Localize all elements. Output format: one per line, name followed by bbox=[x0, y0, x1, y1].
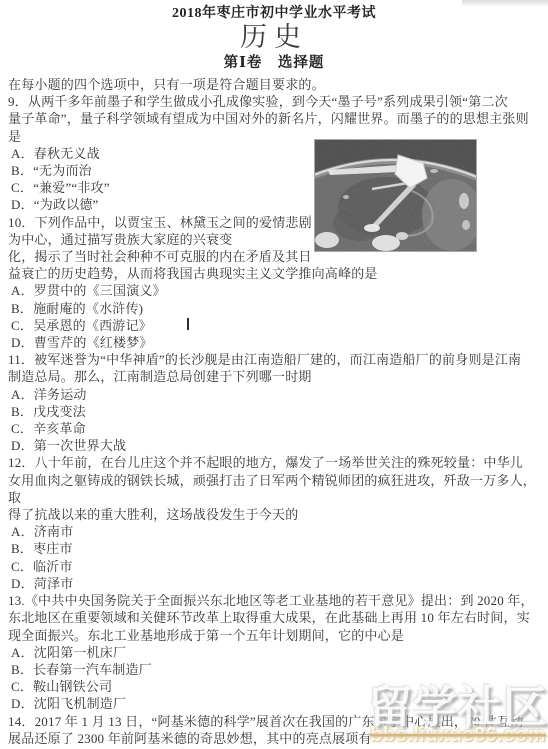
question-10-option-d: D．曹雪芹的《红楼梦》 bbox=[8, 334, 548, 351]
question-14: 14．2017 年 1 月 13 日，“阿基米德的科学”展首次在我国的广东科学中… bbox=[8, 713, 548, 747]
question-13-option-a: A．沈阳第一机床厂 bbox=[8, 644, 548, 661]
question-12-stem-line-4: 得了抗战以来的重大胜利，这场战役发生于今天的 bbox=[8, 506, 548, 523]
question-12-option-b: B．枣庄市 bbox=[8, 540, 548, 557]
question-14-stem-line-2: 展品还原了 2300 年前阿基米德的奇思妙想，其中的亮点展项有 bbox=[8, 730, 548, 747]
question-12-option-a: A．济南市 bbox=[8, 523, 548, 540]
question-12-stem-line-2: 女用血肉之躯铸成的钢铁长城，顽强打击了日军两个精锐师团的疯狂进攻，歼敌一万多人， bbox=[8, 472, 548, 489]
question-9-stem-line-2: 量子革命”，量子科学领域有望成为中国对外的新名片，闪耀世界。而墨子的的思想主张则 bbox=[8, 110, 548, 127]
question-10-option-c: C．吴承恩的《西游记》 bbox=[8, 317, 548, 334]
question-11-stem-line-1: 11．被军迷誉为“中华神盾”的长沙舰是由江南造船厂建的，而江南造船厂的前身则是江… bbox=[8, 351, 548, 368]
question-9-stem-line-1: 9．从两千多年前墨子和学生做成小孔成像实验，到今天“墨子号”系列成果引领“第二次 bbox=[8, 93, 548, 110]
question-11-option-d: D．第一次世界大战 bbox=[8, 437, 548, 454]
question-11: 11．被军迷誉为“中华神盾”的长沙舰是由江南造船厂建的，而江南造船厂的前身则是江… bbox=[8, 351, 548, 454]
instruction-line: 在每小题的四个选项中，只有一项是符合题目要求的。 bbox=[8, 76, 548, 93]
question-11-option-b: B．戊戌变法 bbox=[8, 403, 548, 420]
text-cursor-artifact bbox=[187, 318, 189, 330]
question-10-option-a: A．罗贯中的《三国演义》 bbox=[8, 282, 548, 299]
photo-grain-overlay bbox=[314, 139, 477, 252]
micius-satellite-photo bbox=[314, 139, 477, 252]
question-14-stem-line-1: 14．2017 年 1 月 13 日，“阿基米德的科学”展首次在我国的广东科学中… bbox=[8, 713, 548, 730]
question-13-option-c: C．鞍山钢铁公司 bbox=[8, 678, 548, 695]
question-13-stem-line-3: 现全面振兴。东北工业基地形成于第一个五年计划期间，它的中心是 bbox=[8, 627, 548, 644]
question-12-option-d: D．菏泽市 bbox=[8, 575, 548, 592]
question-13: 13.《中共中央国务院关于全面振兴东北地区等老工业基地的若干意见》提出：到 20… bbox=[8, 592, 548, 712]
page-header: 2018年枣庄市初中学业水平考试 历史 第Ⅰ卷 选择题 bbox=[0, 0, 548, 72]
subject-title: 历史 bbox=[0, 22, 548, 52]
question-13-option-d: D．沈阳飞机制造厂 bbox=[8, 695, 548, 712]
question-13-stem-line-1: 13.《中共中央国务院关于全面振兴东北地区等老工业基地的若干意见》提出：到 20… bbox=[8, 592, 548, 609]
question-12: 12．八十年前，在台儿庄这个并不起眼的地方，爆发了一场举世关注的殊死较量：中华儿… bbox=[8, 454, 548, 592]
scan-smudge-artifact bbox=[462, 0, 548, 7]
question-11-option-a: A．洋务运动 bbox=[8, 386, 548, 403]
question-10-stem-line-4: 益衰亡的历史趋势，从而将我国古典现实主义文学推向高峰的是 bbox=[8, 265, 548, 282]
scanned-exam-page: 2018年枣庄市初中学业水平考试 历史 第Ⅰ卷 选择题 在每小题的四个选项中，只… bbox=[0, 0, 548, 749]
question-11-option-c: C．辛亥革命 bbox=[8, 420, 548, 437]
question-12-stem-line-1: 12．八十年前，在台儿庄这个并不起眼的地方，爆发了一场举世关注的殊死较量：中华儿 bbox=[8, 454, 548, 471]
section-title: 第Ⅰ卷 选择题 bbox=[0, 55, 548, 72]
question-10-option-b: B．施耐庵的《水浒传) bbox=[8, 300, 548, 317]
question-11-stem-line-2: 制造总局。那么，江南制造总局创建于下列哪一时期 bbox=[8, 368, 548, 385]
question-12-option-c: C．临沂市 bbox=[8, 558, 548, 575]
question-12-stem-line-3: 取 bbox=[8, 489, 548, 506]
question-13-stem-line-2: 东北地区在重要领域和关健环节改革上取得重大成果，在此基础上再用 10 年左右时间… bbox=[8, 609, 548, 626]
question-13-option-b: B．长春第一汽车制造厂 bbox=[8, 661, 548, 678]
satellite-earth-image bbox=[314, 139, 477, 252]
